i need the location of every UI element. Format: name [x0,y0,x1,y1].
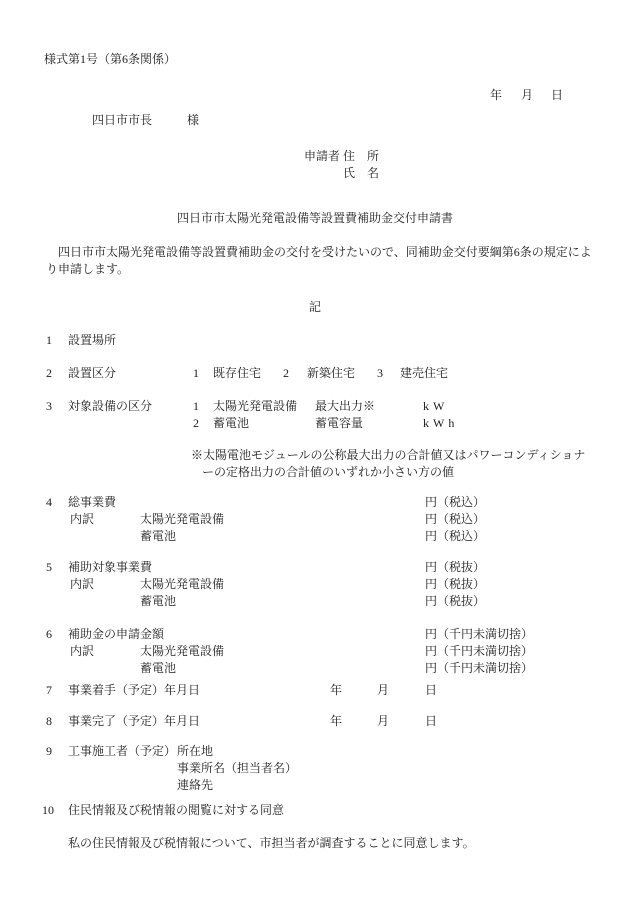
item-5-breakdown-2-label: 蓄電池 [140,594,176,608]
item-3-row-2-label: 蓄電池 [213,416,249,430]
item-9-number: 9 [46,744,52,758]
item-5-breakdown-label: 内訳 [70,577,94,591]
item-9-label: 工事施工者（予定） [68,744,176,758]
item-5-label: 補助対象事業費 [68,560,152,574]
applicant-label: 申請者 [304,149,340,163]
item-3-label: 対象設備の区分 [68,399,152,413]
item-8-year-label: 年 [330,714,342,728]
item-4-breakdown-1-unit: 円（税込） [425,512,485,526]
item-8-number: 8 [46,714,52,728]
addressee-title: 四日市市長 [92,113,152,127]
item-5-unit: 円（税抜） [425,560,485,574]
item-4-breakdown-label: 内訳 [70,512,94,526]
item-2-number: 2 [46,366,52,380]
item-6-number: 6 [46,627,52,641]
item-2-option-2-number: 2 [283,366,289,380]
item-7-year-label: 年 [330,683,342,697]
date-month-label: 月 [521,88,533,102]
item-7-month-label: 月 [377,683,389,697]
date-day-label: 日 [551,88,563,102]
item-3-number: 3 [46,399,52,413]
item-2-label: 設置区分 [68,366,116,380]
item-4-label: 総事業費 [68,495,116,509]
item-7-label: 事業着手（予定）年月日 [68,683,200,697]
item-10-number: 10 [42,803,54,817]
item-4-breakdown-2-unit: 円（税込） [425,529,485,543]
item-6-label: 補助金の申請金額 [68,627,164,641]
item-1-label: 設置場所 [68,333,116,347]
item-8-day-label: 日 [425,714,437,728]
item-8-month-label: 月 [377,714,389,728]
item-6-breakdown-1-unit: 円（千円未満切捨） [425,644,533,658]
applicant-address-label: 住 所 [343,149,379,163]
item-4-unit: 円（税込） [425,495,485,509]
item-2-option-3-label: 建売住宅 [400,366,448,380]
applicant-name-label: 氏 名 [343,166,379,180]
item-2-option-2-label: 新築住宅 [307,366,355,380]
item-10-consent-text: 私の住民情報及び税情報について、市担当者が調査することに同意します。 [68,836,475,850]
item-7-day-label: 日 [425,683,437,697]
item-3-row-2-number: 2 [193,416,199,430]
form-number: 様式第1号（第6条関係） [44,52,176,66]
body-paragraph-line2: り申請します。 [46,262,129,276]
document-title: 四日市市太陽光発電設備等設置費補助金交付申請書 [0,211,630,225]
body-paragraph-line1: 四日市市太陽光発電設備等設置費補助金の交付を受けたいので、同補助金交付要綱第6条… [58,245,592,259]
item-2-option-3-number: 3 [377,366,383,380]
item-3-row-1-unit: kW [423,399,448,413]
item-5-breakdown-1-label: 太陽光発電設備 [140,577,224,591]
item-7-number: 7 [46,683,52,697]
item-6-breakdown-1-label: 太陽光発電設備 [140,644,224,658]
item-9-field-location: 所在地 [177,744,213,758]
item-3-row-2-unit: kWh [423,416,458,430]
item-2-option-1-number: 1 [193,366,199,380]
item-9-field-contact: 連絡先 [177,778,213,792]
item-8-label: 事業完了（予定）年月日 [68,714,200,728]
application-form-page: 様式第1号（第6条関係） 年 月 日 四日市市長 様 申請者 住 所 氏 名 四… [0,0,630,903]
item-2-option-1-label: 既存住宅 [213,366,261,380]
item-4-breakdown-2-label: 蓄電池 [140,529,176,543]
item-9-field-office: 事業所名（担当者名） [177,761,297,775]
item-4-breakdown-1-label: 太陽光発電設備 [140,512,224,526]
item-5-breakdown-2-unit: 円（税抜） [425,594,485,608]
item-3-row-1-label: 太陽光発電設備 [213,399,297,413]
item-6-breakdown-2-unit: 円（千円未満切捨） [425,661,533,675]
item-6-unit: 円（千円未満切捨） [425,627,533,641]
item-5-number: 5 [46,560,52,574]
item-3-note-line1: ※太陽電池モジュールの公称最大出力の合計値又はパワーコンディショナ [191,448,585,462]
item-3-row-1-number: 1 [193,399,199,413]
item-3-row-1-spec-label: 最大出力※ [315,399,375,413]
record-marker: 記 [0,300,630,314]
item-6-breakdown-2-label: 蓄電池 [140,661,176,675]
item-3-note-line2: ーの定格出力の合計値のいずれか小さい方の値 [202,465,454,479]
item-1-number: 1 [46,333,52,347]
item-10-label: 住民情報及び税情報の閲覧に対する同意 [68,803,284,817]
date-year-label: 年 [490,88,502,102]
item-6-breakdown-label: 内訳 [70,644,94,658]
item-4-number: 4 [46,495,52,509]
item-5-breakdown-1-unit: 円（税抜） [425,577,485,591]
addressee-honorific: 様 [187,113,199,127]
item-3-row-2-spec-label: 蓄電容量 [315,416,363,430]
